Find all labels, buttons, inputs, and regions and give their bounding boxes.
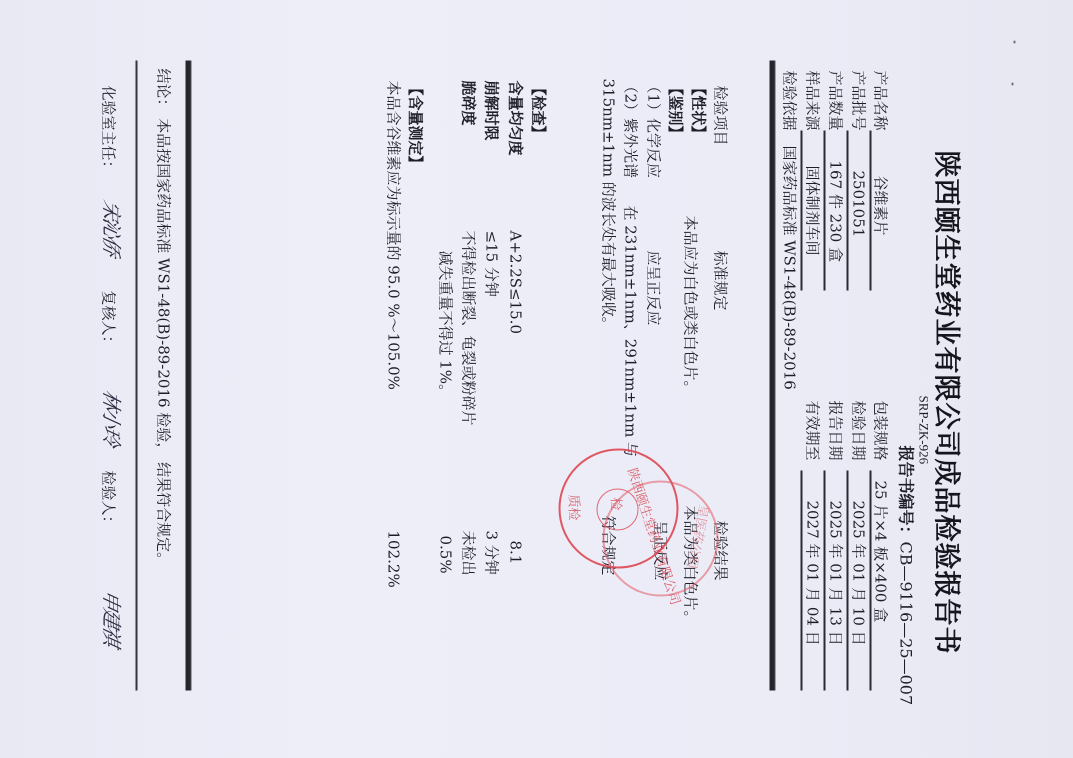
secondary-stamp-text: 皇医药公司 [682,503,714,571]
standard-uv-spectrum-line2: 315nm±1nm 的波长处有最大吸收。 [600,78,615,331]
standard-uv-spectrum-line1: 在 231nm±1nm、291nm±1nm 与 [622,205,637,457]
section-divider-bottom [185,60,191,690]
scan-speck [1011,82,1013,85]
standard-chemical-reaction: 应呈正反应 [645,250,660,325]
standard-friability-line1: 不得检出断裂、龟裂或粉碎片 [460,230,475,425]
result-content-uniformity: 8.1 [507,540,522,564]
secondary-stamp: 皇医药公司 [602,480,718,596]
underline [870,130,872,290]
value-expiry-date: 2027 年 01 月 04 日 [804,500,819,645]
item-disintegration: 崩解时限 [483,80,498,140]
standard-assay: 本品含谷维素应为标示量的 95.0 %～105.0% [385,80,400,389]
standard-character: 本品应为白色或类白色片。 [682,215,697,395]
heading-inspection: 【检查】 [530,80,545,140]
underline [870,470,872,690]
result-friability-loss: 0.5% [437,535,452,573]
result-assay: 102.2% [385,530,400,587]
lab-director-label: 化验室主任： [100,85,115,175]
standard-disintegration: ≤15 分钟 [483,230,498,296]
label-inspection-basis: 检验依据 [781,70,796,130]
reviewer-label: 复核人： [100,290,115,350]
conclusion-underline [136,60,138,690]
item-chemical-reaction: （1）化学反应 [645,78,660,178]
conclusion-text: 结论： 本品按国家药品标准 WS1-48(B)-89-2016 检验， 结果符合… [155,68,170,567]
lab-director-signature-text: 宋沁侨 [101,198,121,256]
value-quantity: 167 件 230 盒 [827,160,842,262]
underline [847,130,849,290]
result-friability-breakage: 未检出 [460,530,475,575]
col-header-item: 检验项目 [712,85,727,145]
report-number-value: CB—9116—25—007 [896,541,915,705]
label-inspection-date: 检验日期 [850,400,865,460]
form-code: SRP-ZK-926 [917,395,930,464]
underline [824,130,826,290]
value-package-spec: 25 片×4 板×400 盒 [872,480,887,622]
heading-assay: 【含量测定】 [407,80,422,170]
label-product-name: 产品名称 [872,70,887,130]
underline [801,470,803,690]
underline [801,130,803,290]
value-inspection-basis: 国家药品标准 WS1-48(B)-89-2016 [781,145,796,389]
label-sample-source: 样品来源 [804,70,819,130]
value-report-date: 2025 年 01 月 13 日 [827,500,842,645]
standard-friability-line2: 减失重量不得过 1%。 [437,250,452,399]
result-disintegration: 3 分钟 [483,530,498,574]
report-number: 报告书编号：CB—9116—25—007 [897,445,913,705]
item-uv-spectrum: （2）紫外光谱 [622,78,637,178]
label-quantity: 产品数量 [827,70,842,130]
lab-director-signature: 宋沁侨 [101,200,121,254]
heading-character: 【性状】 [690,80,705,140]
reviewer-signature: 林小玲 [101,390,121,444]
section-divider-top [769,60,775,690]
scan-speck [1013,40,1015,43]
label-package-spec: 包装规格 [872,400,887,460]
inspection-report-page: 陕西颐生堂药业有限公司成品检验报告书 SRP-ZK-926 报告书编号：CB—9… [0,0,1073,758]
heading-identification: 【鉴别】 [667,80,682,140]
standard-content-uniformity: A+2.2S≤15.0 [507,230,522,334]
underline [824,470,826,690]
inspector-signature-text: 申建祺 [101,588,121,646]
item-content-uniformity: 含量均匀度 [507,80,522,155]
item-friability: 脆碎度 [460,80,475,125]
label-expiry-date: 有效期至 [804,400,819,460]
value-sample-source: 固体制剂车间 [804,165,819,255]
value-batch-no: 2501051 [850,170,865,237]
value-inspection-date: 2025 年 01 月 10 日 [850,500,865,645]
report-number-label: 报告书编号： [896,445,915,541]
label-batch-no: 产品批号 [850,70,865,130]
col-header-standard: 标准规定 [712,250,727,310]
value-product-name: 谷维素片 [872,175,887,235]
label-report-date: 报告日期 [827,400,842,460]
inspector-signature: 申建祺 [101,590,121,644]
report-title: 陕西颐生堂药业有限公司成品检验报告书 [932,150,959,654]
inspector-label: 检验人： [100,470,115,530]
underline [847,470,849,690]
stamp-sub-text: 质检 [565,494,584,520]
reviewer-signature-text: 林小玲 [101,388,121,446]
